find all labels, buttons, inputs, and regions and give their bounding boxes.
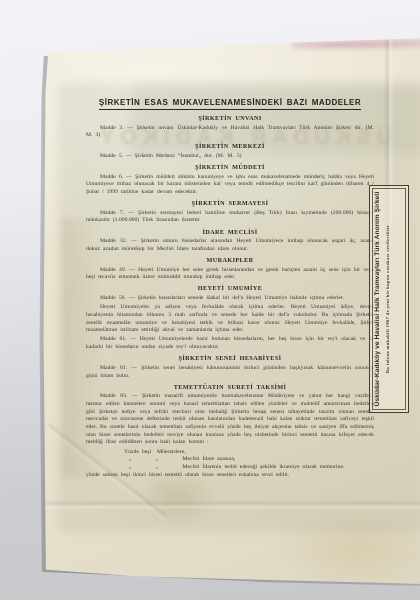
article-7: Madde 7. — Şirketin sermayesi beheri ham… xyxy=(86,210,374,225)
document-title-text: ŞİRKETİN ESAS MUKAVELENAMESİNDEKİ BAZI M… xyxy=(99,98,361,110)
photo-of-document: { "document": { "title": "ŞİRKETİN ESAS … xyxy=(0,0,420,600)
talon-company-name: Üsküdar-Kadıköy ve Havalisi Halk Tramvay… xyxy=(374,190,382,408)
yellow-stain xyxy=(272,508,420,588)
article-83: Madde 83. — Şirketin masarifi umumiyesil… xyxy=(86,393,374,447)
talon-inner-border: Üsküdar-Kadıköy ve Havalisi Halk Tramvay… xyxy=(372,188,406,410)
talon-box: Üsküdar-Kadıköy ve Havalisi Halk Tramvay… xyxy=(369,185,409,413)
section-heading-sermayesi: ŞİRKETİN SERMAYESİ xyxy=(86,200,374,207)
section-heading-heyeti-umumiye: HEYETİ UMUMİYE xyxy=(86,285,374,292)
article-3: Madde 3. — Şirketin unvanı Üsküdar-Kadık… xyxy=(86,125,374,140)
section-heading-idare-meclisi: İDARE MECLİSİ xyxy=(86,229,374,236)
pink-stain-top-edge xyxy=(292,38,420,52)
section-heading-unvani: ŞİRKETİN UNVANI xyxy=(86,115,374,122)
article-6: Madde 6. — Şirketin müddeti ahkâmı kanun… xyxy=(86,174,374,197)
section-heading-muddeti: ŞİRKETİN MÜDDETİ xyxy=(86,164,374,171)
section-heading-temettuatin-taksimi: TEMETTÜATIN SURETİ TAKSİMİ xyxy=(86,384,374,391)
document-title: ŞİRKETİN ESAS MUKAVELENAMESİNDEKİ BAZI M… xyxy=(86,98,374,108)
article-5: Madde 5. — Şirketin Merkezi “İstanbul„ d… xyxy=(86,153,374,161)
article-56-continuation: Heyeti Umumiyeler ya adiyen veya fevkalâ… xyxy=(86,304,374,335)
articles-text-block: ŞİRKETİN ESAS MUKAVELENAMESİNDEKİ BAZI M… xyxy=(86,98,374,480)
certificate-paper: ÜSKÜDAR KADIKÖY ŞİRKETİN ESAS MUKAVELENA… xyxy=(42,38,420,584)
talon-rotated-text: Üsküdar-Kadıköy ve Havalisi Halk Tramvay… xyxy=(374,190,404,408)
article-81: Madde 81. — Şirketin senei hesabiyesi kâ… xyxy=(86,365,374,380)
article-56: Madde 56. — Şirketin hissedarları senede… xyxy=(86,295,374,303)
article-49: Madde 49. — Heyeti Umumiye her sene gere… xyxy=(86,267,374,282)
talon-coupon-note: Bu talona mukabili 1967 de yeni bir kupo… xyxy=(385,190,390,408)
section-heading-merkezi: ŞİRKETİN MERKEZİ xyxy=(86,143,374,150)
horizontal-fold-crease xyxy=(42,500,420,510)
distribution-line-board: „ „ Meclisi İdare azasına, xyxy=(86,456,374,464)
dividend-distribution-list: Yüzde beşi Müessislere, „ „ Meclisi İdar… xyxy=(86,449,374,480)
section-heading-murakiplar: MURAKIPLER xyxy=(86,257,374,264)
section-heading-senei-hesabiyesi: ŞİRKETİN SENEİ HESABİYESİ xyxy=(86,355,374,362)
article-61: Madde 61. — Heyeti Umumiyelerde hazır bu… xyxy=(86,336,374,351)
article-32: Madde 32. — Şirketin umuru hissedarlar a… xyxy=(86,238,374,253)
distribution-line-staff-bonus: „ „ Meclisi İdarenin tesbit edeceği şeki… xyxy=(86,464,374,472)
distribution-line-shareholders: yüzde seksen beşi ikinci hissei temettü … xyxy=(86,472,374,480)
